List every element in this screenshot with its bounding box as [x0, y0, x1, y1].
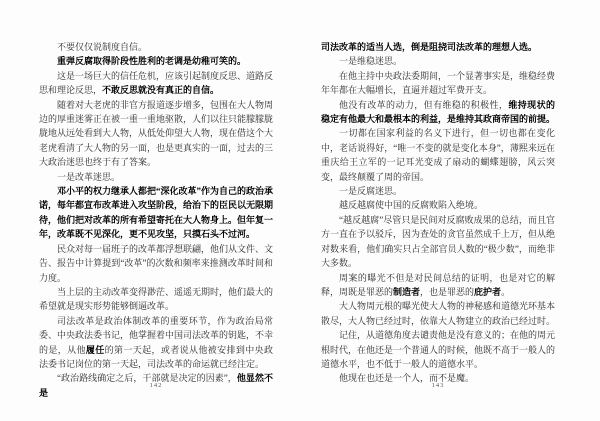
text-run: 一切都在国家利益的名义下进行，但一切也都在变化中，老话说得好，“唯一不变的就是变… [321, 128, 555, 181]
paragraph: 司法改革的适当人选，倒是阻挠司法改革的理想人选。 [321, 40, 555, 54]
paragraph: 记住，从道德角度去谴责他是没有意义的；在他的周元根时代，在他还是一个普通人的时候… [321, 328, 555, 371]
paragraph: 一是反腐迷思。 [321, 184, 555, 198]
page-left: 不要仅仅说制度自信。重弹反腐取得阶段性胜利的老调是幼稚可笑的。这是一场巨大的信任… [39, 40, 273, 400]
paragraph: 大人物周元根的曝光使大人物的神秘感和道德光环基本散尽，大人物已经过时，依靠大人物… [321, 299, 555, 328]
paragraph: 民众对每一届班子的改革都浮想联翩，他们从文件、文告、报告中计算提到“改革”的次数… [39, 242, 273, 285]
text-run: 一是反腐迷思。 [339, 186, 402, 196]
page-left-body: 不要仅仅说制度自信。重弹反腐取得阶段性胜利的老调是幼稚可笑的。这是一场巨大的信任… [39, 40, 273, 400]
book-spread: 不要仅仅说制度自信。重弹反腐取得阶段性胜利的老调是幼稚可笑的。这是一场巨大的信任… [0, 0, 600, 421]
text-run: 一是维稳迷思。 [339, 56, 402, 66]
text-run: “越反越腐”尽管只是民间对反腐败成果的总结，而且官方一直在予以驳斥，因为查处的贪… [321, 215, 555, 268]
text-run: 不要仅仅说制度自信。 [57, 42, 147, 52]
paragraph: 一是改革迷思。 [39, 170, 273, 184]
paragraph: 周案的曝光不但是对民间总结的证明，也是对它的解释，周既是罪恶的制造者，也是罪恶的… [321, 271, 555, 300]
bold-text-run: 司法改革的适当人选，倒是阻挠司法改革的理想人选。 [321, 42, 537, 52]
text-run: 记住，从道德角度去谴责他是没有意义的；在他的周元根时代，在他还是一个普通人的时候… [321, 330, 555, 369]
paragraph: 司法改革是政治体制改革的重要环节，作为政治局常委、中央政法委书记，他掌握着中国司… [39, 314, 273, 372]
paragraph: 这是一场巨大的信任危机，应该引起制度反思、道路反思和理论反思，不敢反思就没有真正… [39, 69, 273, 98]
paragraph: 他没有改革的动力，但有维稳的积极性，维持现状的稳定有他最大和最根本的利益，是维持… [321, 98, 555, 127]
paragraph: “越反越腐”尽管只是民间对反腐败成果的总结，而且官方一直在予以驳斥，因为查处的贪… [321, 213, 555, 271]
page-right-body: 司法改革的适当人选，倒是阻挠司法改革的理想人选。一是维稳迷思。在他主持中央政法委… [321, 40, 555, 386]
text-run: 大人物周元根的曝光使大人物的神秘感和道德光环基本散尽，大人物已经过时，依靠大人物… [321, 301, 555, 325]
bold-text-run: 制造者 [393, 287, 420, 297]
text-run: 越反越腐使中国的反腐败陷入绝境。 [339, 200, 483, 210]
text-run: 他没有改革的动力，但有维稳的积极性， [339, 100, 508, 110]
paragraph: 不要仅仅说制度自信。 [39, 40, 273, 54]
bold-text-run: 不敢反思就没有真正的自信。 [102, 85, 219, 95]
bold-text-run: 庇护者 [474, 287, 501, 297]
text-run: 在他主持中央政法委期间，一个显著事实是，维稳经费年年都在大幅增长，直逼并超过军费… [321, 71, 555, 95]
paragraph: 一是维稳迷思。 [321, 54, 555, 68]
paragraph: 一切都在国家利益的名义下进行，但一切也都在变化中，老话说得好，“唯一不变的就是变… [321, 126, 555, 184]
page-left-number: 142 [39, 382, 273, 389]
bold-text-run: 履任 [86, 345, 105, 355]
paragraph: 越反越腐使中国的反腐败陷入绝境。 [321, 198, 555, 212]
text-run: 。 [501, 287, 510, 297]
page-right-number: 143 [321, 382, 555, 389]
text-run: 随着对大老虎的非官方报道逐步增多，包围在大人物周边的厚重迷雾正在被一重一重地驱散… [39, 100, 273, 168]
paragraph: 当上层的主动改革变得渺茫、遥遥无期时，他们最大的希望就是现实形势能够倒逼改革。 [39, 285, 273, 314]
paragraph: 邓小平的权力继承人都把“深化改革”作为自己的政治承诺，每年都宣布改革进入攻坚阶段… [39, 184, 273, 242]
text-run: 当上层的主动改革变得渺茫、遥遥无期时，他们最大的希望就是现实形势能够倒逼改革。 [39, 287, 273, 311]
text-run: 民众对每一届班子的改革都浮想联翩，他们从文件、文告、报告中计算提到“改革”的次数… [39, 244, 273, 283]
paragraph: 随着对大老虎的非官方报道逐步增多，包围在大人物周边的厚重迷雾正在被一重一重地驱散… [39, 98, 273, 170]
paragraph: 在他主持中央政法委期间，一个显著事实是，维稳经费年年都在大幅增长，直逼并超过军费… [321, 69, 555, 98]
text-run: ，也是罪恶的 [420, 287, 474, 297]
page-right: 司法改革的适当人选，倒是阻挠司法改革的理想人选。一是维稳迷思。在他主持中央政法委… [321, 40, 555, 400]
bold-text-run: 邓小平的权力继承人都把“深化改革”作为自己的政治承诺，每年都宣布改革进入攻坚阶段… [39, 186, 273, 239]
paragraph: 重弹反腐取得阶段性胜利的老调是幼稚可笑的。 [39, 54, 273, 68]
bold-text-run: 重弹反腐取得阶段性胜利的老调是幼稚可笑的。 [57, 56, 246, 66]
text-run: 一是改革迷思。 [57, 172, 120, 182]
